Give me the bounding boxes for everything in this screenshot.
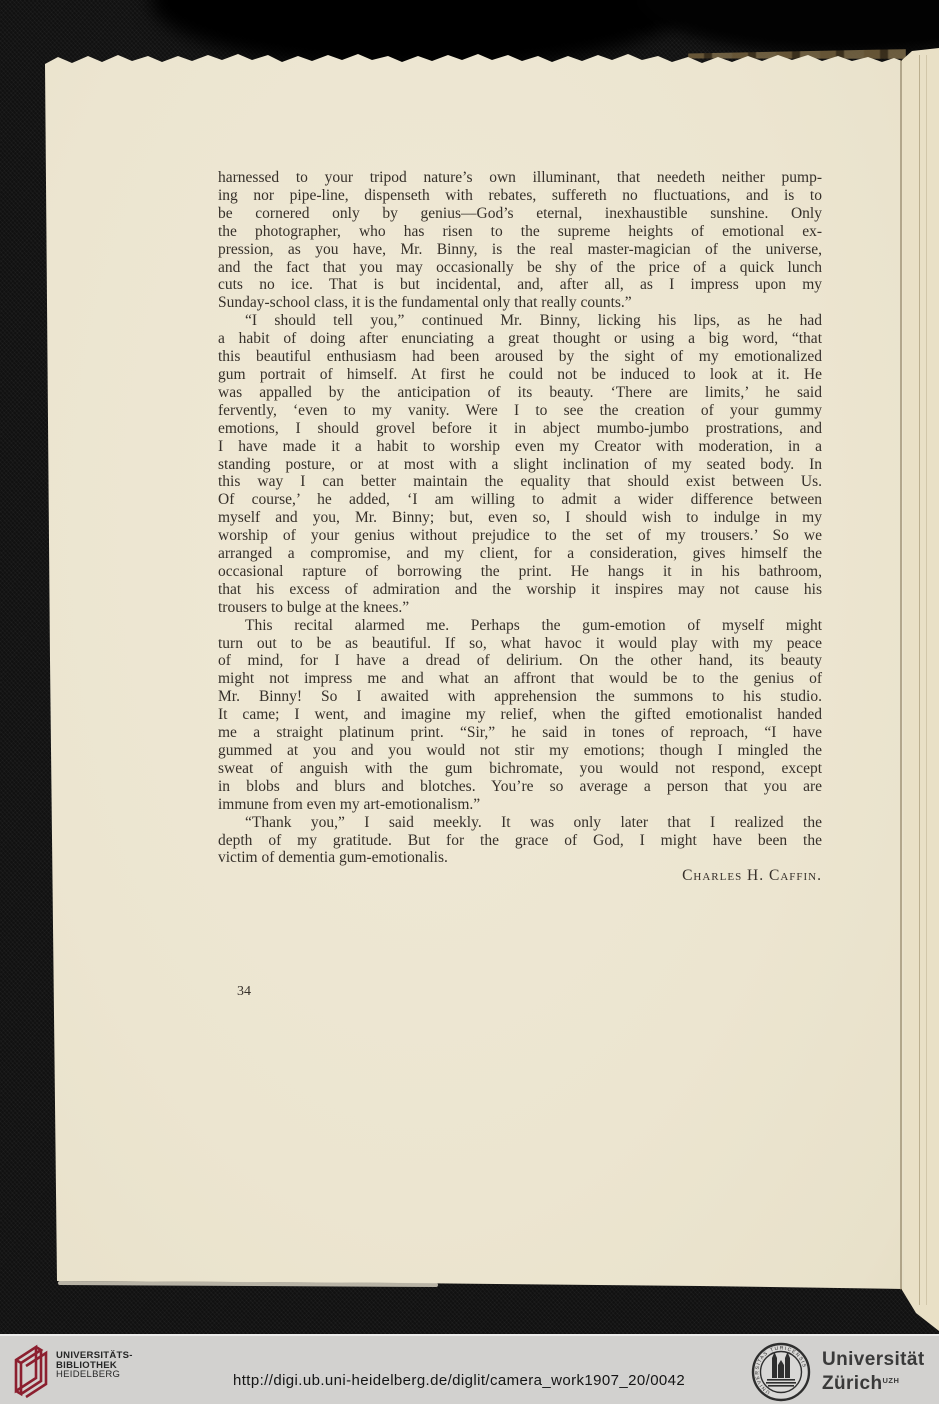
text-line: I have made it a habit to worship even m… <box>218 438 822 456</box>
text-line: the photographer, who has risen to the s… <box>218 223 822 241</box>
text-line: a habit of doing after enunciating a gre… <box>218 330 822 348</box>
text-line: in blobs and blurs and blotches. You’re … <box>218 778 822 796</box>
uzh-line2: ZürichUZH <box>822 1370 925 1394</box>
page-crease <box>900 60 902 1290</box>
text-line: gum portrait of himself. At first he cou… <box>218 366 822 384</box>
text-line: “I should tell you,” continued Mr. Binny… <box>218 312 822 330</box>
text-line: cuts no ice. That is but incidental, and… <box>218 276 822 294</box>
text-line: victim of dementia gum-emotionalis. <box>218 849 822 867</box>
text-line: this way I can better maintain the equal… <box>218 473 822 491</box>
scanned-page-view: harnessed to your tripod nature’s own il… <box>0 0 939 1404</box>
ub-heidelberg-label: UNIVERSITÄTS- BIBLIOTHEK HEIDELBERG <box>56 1351 133 1380</box>
text-line: ing nor pipe-line, dispenseth with rebat… <box>218 187 822 205</box>
text-line: sweat of anguish with the gum bichromate… <box>218 760 822 778</box>
text-line: and the fact that you may occasionally b… <box>218 259 822 277</box>
page-edge-line <box>926 55 927 1305</box>
text-line: this beautiful enthusiasm had been arous… <box>218 348 822 366</box>
text-line: arranged a compromise, and my client, fo… <box>218 545 822 563</box>
uzh-wordmark: Universität ZürichUZH <box>822 1349 925 1394</box>
text-line: gummed at you and you would not stir my … <box>218 742 822 760</box>
text-line: Mr. Binny! So I awaited with apprehensio… <box>218 688 822 706</box>
author-signature: Charles H. Caffin. <box>218 867 822 885</box>
uzh-superscript: UZH <box>882 1376 899 1385</box>
text-line: fervently, ‘even to my vanity. Were I to… <box>218 402 822 420</box>
text-line: immune from even my art-emotionalism.” <box>218 796 822 814</box>
text-line: of mind, for I have a dread of delirium.… <box>218 652 822 670</box>
text-line: me a straight platinum print. “Sir,” he … <box>218 724 822 742</box>
text-line: depth of my gratitude. But for the grace… <box>218 832 822 850</box>
digitization-footer: UNIVERSITÄTS- BIBLIOTHEK HEIDELBERG http… <box>0 1334 939 1404</box>
uzh-seal-icon: UNIVERSITAS TURICENSIS <box>750 1341 812 1404</box>
text-line: harnessed to your tripod nature’s own il… <box>218 169 822 187</box>
page-text: harnessed to your tripod nature’s own il… <box>218 169 822 867</box>
ub-heidelberg-logo-icon <box>12 1343 52 1404</box>
text-line: occasional rapture of borrowing the prin… <box>218 563 822 581</box>
ub-line3: HEIDELBERG <box>56 1370 133 1380</box>
text-line: This recital alarmed me. Perhaps the gum… <box>218 617 822 635</box>
text-line: was appalled by the anticipation of its … <box>218 384 822 402</box>
page-edge-line <box>919 55 920 1305</box>
book-page: harnessed to your tripod nature’s own il… <box>0 0 939 1404</box>
text-line: worship of your genius without prejudice… <box>218 527 822 545</box>
text-line: that his excess of admiration and the wo… <box>218 581 822 599</box>
text-line: might not impress me and what an affront… <box>218 670 822 688</box>
text-line: trousers to bulge at the knees.” <box>218 599 822 617</box>
text-line: Of course,’ he added, ‘I am willing to a… <box>218 491 822 509</box>
text-line: turn out to be as beautiful. If so, what… <box>218 635 822 653</box>
text-line: standing posture, or at most with a slig… <box>218 456 822 474</box>
text-line: emotions, I should grovel before it in a… <box>218 420 822 438</box>
uzh-line1: Universität <box>822 1349 925 1370</box>
document-url: http://digi.ub.uni-heidelberg.de/diglit/… <box>233 1372 685 1389</box>
text-line: It came; I went, and imagine my relief, … <box>218 706 822 724</box>
text-line: myself and you, Mr. Binny; but, even so,… <box>218 509 822 527</box>
signature-block: Charles H. Caffin. <box>218 867 822 885</box>
text-line: pression, as you have, Mr. Binny, is the… <box>218 241 822 259</box>
page-number: 34 <box>237 984 251 1000</box>
text-line: be cornered only by genius—God’s eternal… <box>218 205 822 223</box>
text-line: Sunday-school class, it is the fundament… <box>218 294 822 312</box>
text-line: “Thank you,” I said meekly. It was only … <box>218 814 822 832</box>
